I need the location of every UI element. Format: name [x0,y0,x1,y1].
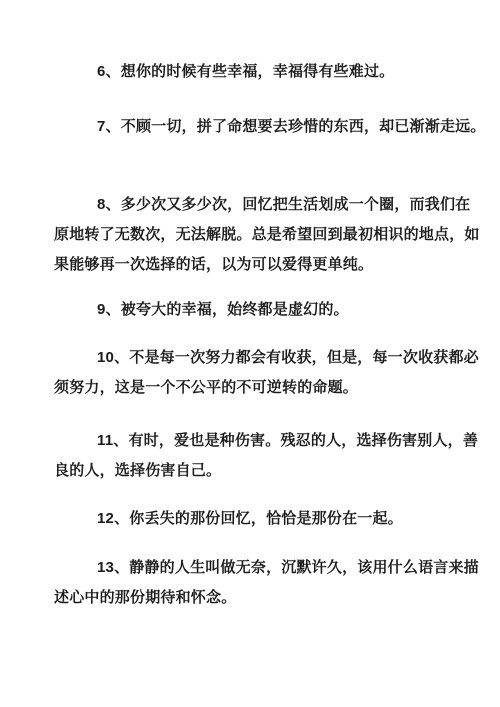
quote-paragraph-6: 6、想你的时候有些幸福，幸福得有些难过。 [54,57,488,87]
quote-line: 7、不顾一切，拼了命想要去珍惜的东西，却已渐渐走远。 [54,112,488,142]
quote-paragraph-7: 7、不顾一切，拼了命想要去珍惜的东西，却已渐渐走远。 [54,112,488,142]
quote-line: 述心中的那份期待和怀念。 [54,583,488,613]
quote-line: 良的人，选择伤害自己。 [54,456,488,486]
quote-paragraph-11: 11、有时，爱也是种伤害。残忍的人，选择伤害别人，善 良的人，选择伤害自己。 [54,426,488,486]
quote-paragraph-13: 13、静静的人生叫做无奈，沉默许久，该用什么语言来描 述心中的那份期待和怀念。 [54,553,488,613]
quote-line: 12、你丢失的那份回忆，恰恰是那份在一起。 [54,504,488,534]
quote-paragraph-12: 12、你丢失的那份回忆，恰恰是那份在一起。 [54,504,488,534]
quote-line: 11、有时，爱也是种伤害。残忍的人，选择伤害别人，善 [54,426,488,456]
quote-line: 10、不是每一次努力都会有收获，但是，每一次收获都必 [54,343,488,373]
quote-paragraph-9: 9、被夸大的幸福，始终都是虚幻的。 [54,295,488,325]
quote-line: 9、被夸大的幸福，始终都是虚幻的。 [54,295,488,325]
quote-line: 13、静静的人生叫做无奈，沉默许久，该用什么语言来描 [54,553,488,583]
quote-paragraph-10: 10、不是每一次努力都会有收获，但是，每一次收获都必 须努力，这是一个不公平的不… [54,343,488,403]
quote-paragraph-8: 8、多少次又多少次，回忆把生活划成一个圈，而我们在 原地转了无数次，无法解脱。总… [54,190,488,280]
quote-line: 6、想你的时候有些幸福，幸福得有些难过。 [54,57,488,87]
quote-line: 8、多少次又多少次，回忆把生活划成一个圈，而我们在 [54,190,488,220]
quote-line: 果能够再一次选择的话，以为可以爱得更单纯。 [54,250,488,280]
quote-line: 须努力，这是一个不公平的不可逆转的命题。 [54,373,488,403]
document-page: 6、想你的时候有些幸福，幸福得有些难过。 7、不顾一切，拼了命想要去珍惜的东西，… [0,0,500,707]
quote-line: 原地转了无数次，无法解脱。总是希望回到最初相识的地点，如 [54,220,488,250]
